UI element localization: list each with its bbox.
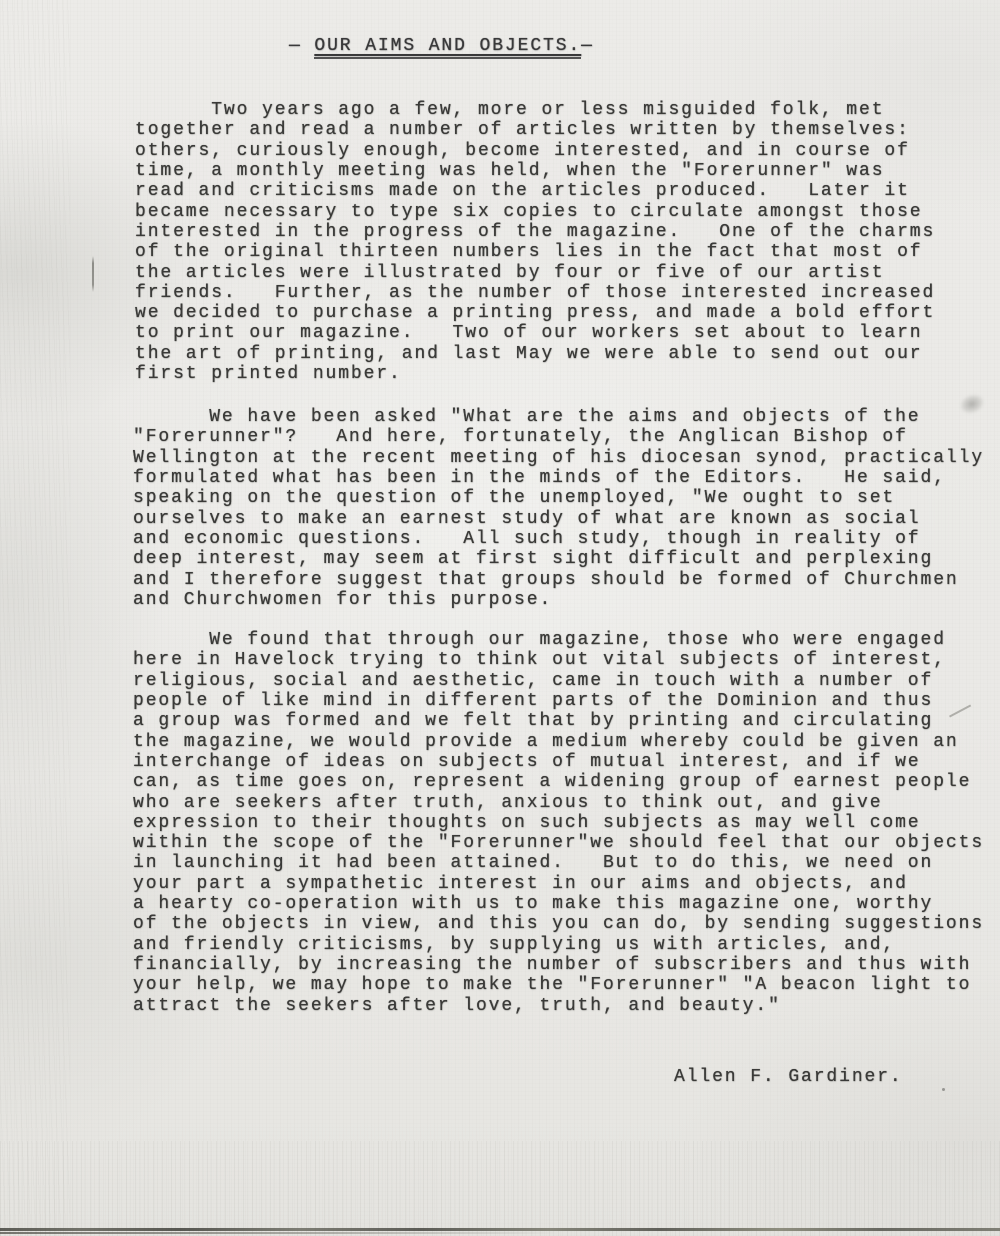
signature: Allen F. Gardiner. bbox=[674, 1067, 903, 1087]
scan-speck bbox=[942, 1088, 945, 1091]
document-title: — OUR AIMS AND OBJECTS.— bbox=[289, 36, 594, 59]
paper-bottom-edge-shadow bbox=[0, 1232, 560, 1234]
paragraph-magazine-purpose: We found that through our magazine, thos… bbox=[133, 630, 984, 1016]
scan-scratch-left bbox=[92, 256, 94, 292]
title-prefix-dash: — bbox=[289, 36, 314, 56]
scan-smudge-right-edge bbox=[953, 387, 991, 420]
title-suffix-dash: — bbox=[581, 36, 594, 56]
paragraph-aims-and-objects: We have been asked "What are the aims an… bbox=[133, 407, 984, 610]
paper-bottom-fiber-texture bbox=[0, 1141, 1000, 1236]
title-underlined-text: OUR AIMS AND OBJECTS. bbox=[314, 36, 581, 59]
paper-left-fiber-texture bbox=[0, 0, 70, 1236]
scanned-document-page: — OUR AIMS AND OBJECTS.— Two years ago a… bbox=[0, 0, 1000, 1236]
paragraph-history-of-magazine: Two years ago a few, more or less misgui… bbox=[135, 100, 935, 384]
paper-bottom-edge-line bbox=[0, 1228, 1000, 1231]
